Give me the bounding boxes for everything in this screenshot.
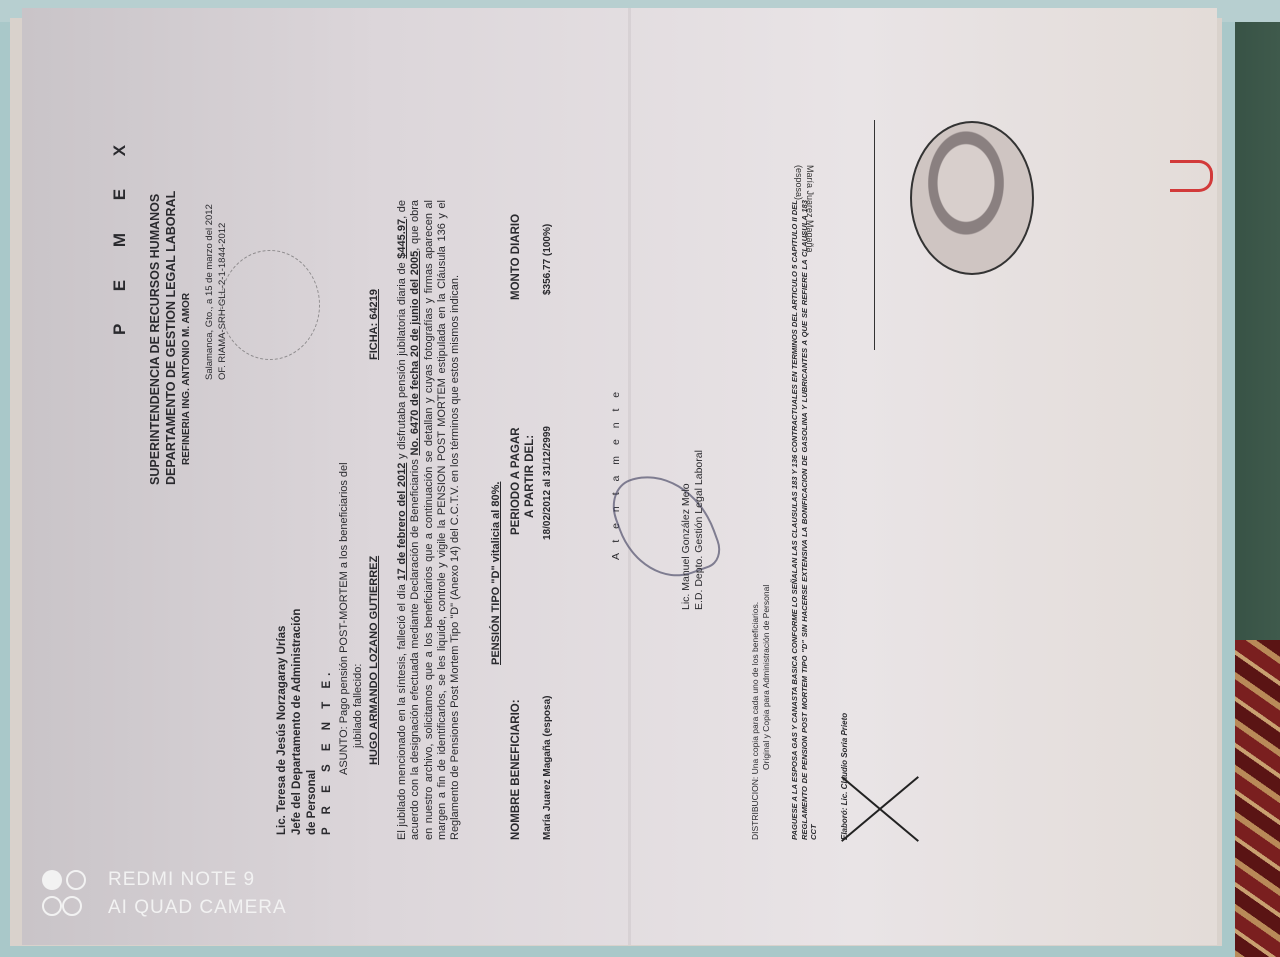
watermark-model: REDMI NOTE 9 [108, 866, 287, 894]
initials-mark [840, 750, 920, 850]
header-line-2: DEPARTAMENTO DE GESTION LEGAL LABORAL [164, 191, 178, 485]
col-header-amount: MONTO DIARIO [510, 214, 522, 300]
photo-caption-name: María Juarez Magaña [804, 165, 815, 345]
body-paragraph: El jubilado mencionado en la síntesis, f… [396, 200, 462, 840]
beneficiary-photo [910, 125, 1030, 275]
photo-signature-line [874, 120, 875, 350]
photo-caption: María Juarez Magaña (esposa) [793, 165, 815, 345]
addressee-title-1: Jefe del Departamento de Administración [290, 609, 305, 835]
daily-pension: $445.97 [396, 219, 408, 259]
subject-line-2: jubilado fallecido: [351, 215, 365, 775]
pension-type: PENSIÓN TIPO "D" vitalicia al 80%. [490, 482, 502, 665]
signer-name: Lic. Manuel González Melo [680, 450, 693, 610]
photo-oval [910, 121, 1034, 275]
camera-logo-icon [40, 866, 100, 922]
watermark-text: REDMI NOTE 9 AI QUAD CAMERA [108, 866, 287, 922]
col-header-period: PERIODO A PAGAR [510, 427, 522, 535]
official-stamp [220, 250, 320, 360]
header-line-3: REFINERIA ING. ANTONIO M. AMOR [181, 293, 192, 465]
distribution-line-2: Original y Copia para Administración de … [761, 585, 772, 840]
watermark-camera: AI QUAD CAMERA [108, 894, 287, 922]
signer-block: Lic. Manuel González Melo E.D. Depto. Ge… [680, 450, 706, 610]
body-text: El jubilado mencionado en la síntesis, f… [396, 580, 408, 840]
distribution-block: DISTRIBUCION: Una copia para cada uno de… [750, 585, 772, 840]
col-header-beneficiary: NOMBRE BENEFICIARIO: [510, 699, 522, 840]
place-date: Salamanca, Gto., a 15 de marzo del 2012 [204, 204, 215, 380]
addressee-name: Lic. Teresa de Jesús Norzagaray Urías [275, 609, 290, 835]
signer-title: E.D. Depto. Gestión Legal Laboral [693, 450, 706, 610]
beneficiary-name: María Juarez Magaña (esposa) [542, 696, 553, 841]
signature-scribble [604, 458, 726, 592]
presente: P R E S E N T E. [320, 609, 335, 835]
death-date: 17 de febrero del 2012 [396, 463, 408, 581]
paperclip-icon [1170, 160, 1213, 192]
org-logo-text: P E M E X [110, 131, 130, 335]
deceased-name: HUGO ARMANDO LOZANO GUTIERREZ [368, 556, 380, 765]
header-line-1: SUPERINTENDENCIA DE RECURSOS HUMANOS [148, 194, 162, 485]
pay-period: 18/02/2012 al 31/12/2999 [542, 426, 553, 540]
body-text: y disfrutaba pensión jubilatoria diaria … [396, 259, 408, 463]
daily-amount: $356.77 (100%) [542, 224, 553, 295]
ficha-number: FICHA: 64219 [368, 289, 380, 360]
addressee-block: Lic. Teresa de Jesús Norzagaray Urías Je… [275, 609, 335, 835]
distribution-line-1: DISTRIBUCION: Una copia para cada uno de… [750, 585, 761, 840]
addressee-title-2: de Personal [305, 609, 320, 835]
letter-document: P E M E X SUPERINTENDENCIA DE RECURSOS H… [100, 20, 1020, 940]
subject-line-1: ASUNTO: Pago pensión POST-MORTEM a los b… [337, 215, 351, 775]
photo-caption-relation: (esposa) [793, 165, 804, 345]
declaration-ref: No. 6470 de fecha 20 de junio del 2005 [409, 251, 421, 456]
col-header-period-2: A PARTIR DEL: [524, 435, 536, 518]
subject-block: ASUNTO: Pago pensión POST-MORTEM a los b… [337, 215, 365, 775]
